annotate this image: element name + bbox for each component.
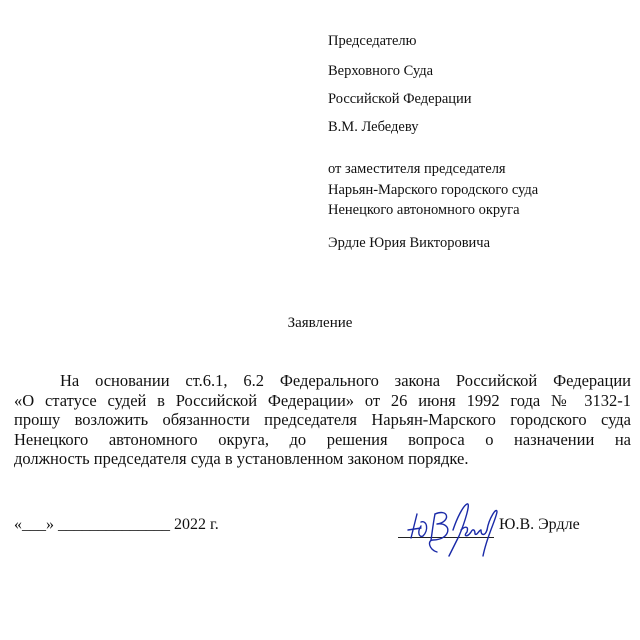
body-line: Ненецкого автономного округа, до решения… bbox=[14, 430, 631, 450]
body-line: должность председателя суда в установлен… bbox=[14, 449, 631, 469]
statement-body: На основании ст.6.1, 6.2 Федерального за… bbox=[14, 371, 631, 469]
signature-name: Ю.В. Эрдле bbox=[499, 516, 580, 534]
sender-line: Ненецкого автономного округа bbox=[328, 202, 520, 219]
addressee-line: Российской Федерации bbox=[328, 91, 472, 108]
body-line: На основании ст.6.1, 6.2 Федерального за… bbox=[14, 371, 631, 391]
sender-line: от заместителя председателя bbox=[328, 161, 506, 178]
document-title: Заявление bbox=[0, 315, 640, 332]
body-line: прошу возложить обязанности председателя… bbox=[14, 410, 631, 430]
addressee-line: В.М. Лебедеву bbox=[328, 119, 418, 136]
sender-name: Эрдле Юрия Викторовича bbox=[328, 235, 490, 252]
sender-line: Нарьян-Марского городского суда bbox=[328, 182, 538, 199]
body-line: «О статусе судей в Российской Федерации»… bbox=[14, 391, 631, 411]
date-field: «___» ______________ 2022 г. bbox=[14, 516, 219, 534]
addressee-line: Председателю bbox=[328, 33, 416, 50]
addressee-line: Верховного Суда bbox=[328, 63, 433, 80]
handwritten-signature-icon bbox=[405, 500, 500, 560]
